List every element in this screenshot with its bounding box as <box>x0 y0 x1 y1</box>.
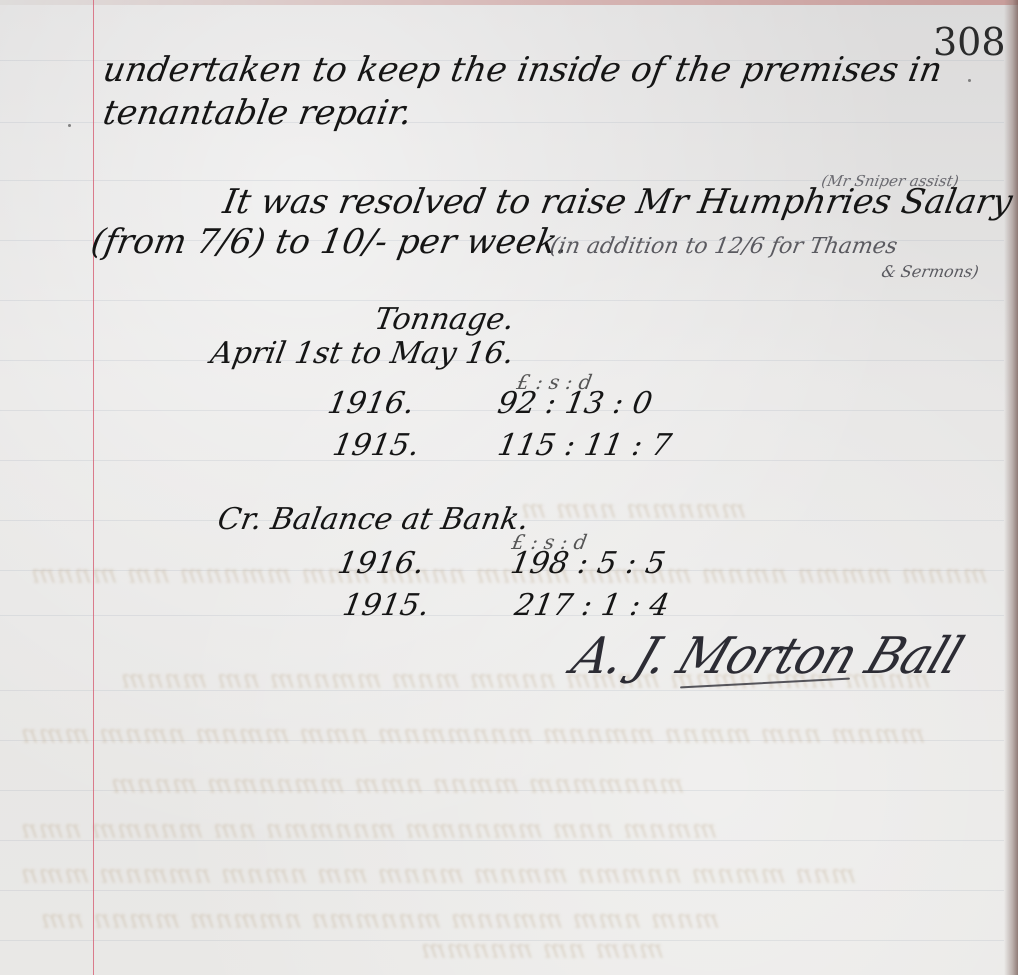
page-top-edge <box>0 0 1018 5</box>
resolution-addition-line-2: & Sermons) <box>880 262 980 281</box>
ruled-line <box>0 615 1004 616</box>
balance-year-1915: 1915. <box>340 588 432 623</box>
ruled-line <box>0 890 1004 891</box>
bleed-through-text: mnm nmm mmnnm mnnmmn nmmnm mmnn nm <box>38 905 721 935</box>
resolution-addition-line-1: (in addition to 12/6 for Thames <box>548 234 899 259</box>
paper-speck <box>68 124 71 127</box>
page-binding-edge <box>1004 0 1018 975</box>
bleed-through-text: mnn mmnm nnmmn mmnm mnnm mm nmnm nmmnm m… <box>18 860 858 890</box>
bleed-through-text: mnm nm mnnmm <box>418 935 666 965</box>
tonnage-amount-1916: 92 : 13 : 0 <box>495 386 655 421</box>
resolution-line-2: (from 7/6) to 10/- per week. <box>88 222 571 262</box>
resolution-line-1: It was resolved to raise Mr Humphries Sa… <box>220 182 1015 222</box>
continuation-line-2: tenantable repair. <box>100 93 415 133</box>
tonnage-heading: Tonnage. <box>372 302 517 337</box>
bleed-through-text: mmnm nnm mmnnmm mnnmmn nm mnnmm nmn <box>18 815 719 845</box>
tonnage-amount-1915: 115 : 11 : 7 <box>495 428 674 463</box>
bleed-through-text: mmnmm nnm m <box>518 495 748 525</box>
balance-year-1916: 1916. <box>335 546 427 581</box>
ruled-line <box>0 300 1004 301</box>
tonnage-year-1916: 1916. <box>325 386 417 421</box>
continuation-line-1: undertaken to keep the inside of the pre… <box>100 50 945 90</box>
tonnage-year-1915: 1915. <box>330 428 422 463</box>
ledger-page: mmnmm nnm m mnnm mmmn nmnm mnnmm mnmm nn… <box>0 0 1018 975</box>
bleed-through-text: mmnm nnm mmnn mmnnm mnnmmnm nmm mmnm nmn… <box>18 720 927 750</box>
balance-heading: Cr. Balance at Bank. <box>215 502 532 537</box>
balance-amount-1915: 217 : 1 : 4 <box>512 588 672 623</box>
tonnage-period: April 1st to May 16. <box>208 336 517 371</box>
paper-speck <box>968 79 971 82</box>
bleed-through-text: mnnmmnm mmnn nmm mmnnmm mnnm <box>108 770 686 800</box>
balance-amount-1916: 198 : 5 : 5 <box>508 546 668 581</box>
margin-line <box>93 0 94 975</box>
signature: A. J. Morton Ball <box>564 627 970 686</box>
